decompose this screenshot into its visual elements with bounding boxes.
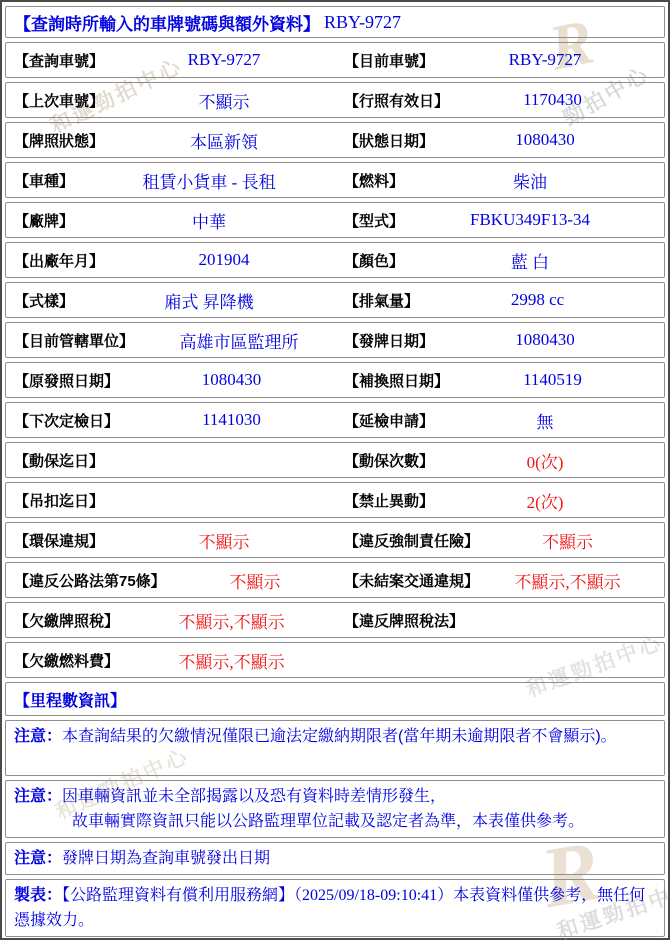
field-label: 【欠繳燃料費】 — [14, 650, 119, 671]
field-label: 【燃料】 — [344, 170, 404, 191]
table-row: 【下次定檢日】1141030【延檢申請】無 — [5, 402, 665, 438]
table-row: 【廠牌】中華【型式】FBKU349F13-34 — [5, 202, 665, 238]
table-row: 【上次車號】不顯示【行照有效日】1170430 — [5, 82, 665, 118]
row-right-pair: 【行照有效日】1170430 — [344, 90, 656, 111]
field-label: 【車種】 — [14, 170, 74, 191]
field-value: 不顯示,不顯示 — [119, 608, 344, 633]
row-right-pair: 【目前車號】RBY-9727 — [344, 50, 656, 71]
row-right-pair: 【顏色】藍 白 — [344, 248, 656, 273]
table-row: 【環保違規】不顯示【違反強制責任險】不顯示 — [5, 522, 665, 558]
field-value: 無 — [434, 408, 656, 433]
note-text: 因車輛資訊並未全部揭露以及恐有資料時差情形發生， — [62, 788, 446, 805]
field-value: 1140519 — [449, 370, 656, 390]
field-value: 租賃小貨車 - 長租 — [74, 168, 344, 193]
field-label: 【動保次數】 — [344, 450, 434, 471]
field-label: 【目前車號】 — [344, 50, 434, 71]
footer-prefix: 製表： — [14, 887, 62, 904]
row-left-pair: 【原發照日期】1080430 — [14, 370, 344, 391]
table-row: 【動保迄日】【動保次數】0(次) — [5, 442, 665, 478]
report-title-row: 【查詢時所輸入的車牌號碼與額外資料】 RBY-9727 — [5, 6, 665, 38]
row-right-pair: 【發牌日期】1080430 — [344, 330, 656, 351]
field-value: 柴油 — [404, 168, 656, 193]
field-label: 【環保違規】 — [14, 530, 104, 551]
table-row: 【查詢車號】RBY-9727【目前車號】RBY-9727 — [5, 42, 665, 78]
footer-produced-by: 製表：【公路監理資料有償利用服務網】（2025/09/18-09:10:41）本… — [5, 879, 665, 937]
row-left-pair: 【廠牌】中華 — [14, 208, 344, 233]
table-row: 【目前管轄單位】高雄市區監理所【發牌日期】1080430 — [5, 322, 665, 358]
field-label: 【動保迄日】 — [14, 450, 104, 471]
table-row: 【式樣】廂式 昇降機【排氣量】2998 cc — [5, 282, 665, 318]
row-right-pair: 【排氣量】2998 cc — [344, 290, 656, 311]
note-prefix: 注意： — [14, 788, 62, 805]
table-row: 【違反公路法第75條】不顯示【未結案交通違規】不顯示,不顯示 — [5, 562, 665, 598]
row-left-pair: 【上次車號】不顯示 — [14, 88, 344, 113]
field-label: 【延檢申請】 — [344, 410, 434, 431]
field-label: 【違反公路法第75條】 — [14, 570, 166, 591]
table-row: 【車種】租賃小貨車 - 長租【燃料】柴油 — [5, 162, 665, 198]
field-label: 【補換照日期】 — [344, 370, 449, 391]
field-label: 【牌照狀態】 — [14, 130, 104, 151]
note-plate-issue-date: 注意：發牌日期為查詢車號發出日期 — [5, 842, 665, 875]
field-value: FBKU349F13-34 — [404, 210, 656, 230]
vehicle-query-report: 和運勁拍中心 R 勁拍中心 和運勁拍中心 和運勁拍中心 R 和運勁拍中心 【查詢… — [0, 0, 670, 940]
row-right-pair: 【違反強制責任險】不顯示 — [344, 528, 656, 553]
row-right-pair: 【禁止異動】2(次) — [344, 488, 656, 513]
field-label: 【禁止異動】 — [344, 490, 434, 511]
field-value: 不顯示 — [104, 88, 344, 113]
field-value: 不顯示,不顯示 — [479, 568, 656, 593]
table-row: 【原發照日期】1080430【補換照日期】1140519 — [5, 362, 665, 398]
table-row: 【欠繳燃料費】不顯示,不顯示 — [5, 642, 665, 678]
row-left-pair: 【牌照狀態】本區新領 — [14, 128, 344, 153]
field-value: 不顯示 — [104, 528, 344, 553]
field-label: 【出廠年月】 — [14, 250, 104, 271]
field-value: 1080430 — [434, 330, 656, 350]
field-value: 不顯示 — [479, 528, 656, 553]
field-value: 1170430 — [449, 90, 656, 110]
field-label: 【式樣】 — [14, 290, 74, 311]
field-label: 【違反牌照稅法】 — [344, 610, 464, 631]
mileage-section-row: 【里程數資訊】 — [5, 682, 665, 716]
note-prefix: 注意： — [14, 850, 62, 867]
table-row: 【出廠年月】201904【顏色】藍 白 — [5, 242, 665, 278]
field-value: RBY-9727 — [434, 50, 656, 70]
rows-container: 【查詢車號】RBY-9727【目前車號】RBY-9727【上次車號】不顯示【行照… — [5, 42, 665, 678]
field-value: RBY-9727 — [104, 50, 344, 70]
row-left-pair: 【出廠年月】201904 — [14, 250, 344, 271]
field-label: 【廠牌】 — [14, 210, 74, 231]
field-value: 1080430 — [434, 130, 656, 150]
queried-plate-number: RBY-9727 — [324, 12, 401, 33]
footer-source: 【公路監理資料有償利用服務網】 — [62, 887, 294, 904]
mileage-section-label: 【里程數資訊】 — [14, 688, 126, 711]
field-label: 【上次車號】 — [14, 90, 104, 111]
field-label: 【型式】 — [344, 210, 404, 231]
note-text: 本查詢結果的欠繳情況僅限已逾法定繳納期限者(當年期未逾期限者不會顯示)。 — [62, 728, 617, 745]
field-value: 201904 — [104, 250, 344, 270]
report-title-label: 【查詢時所輸入的車牌號碼與額外資料】 — [14, 10, 320, 35]
table-row: 【吊扣迄日】【禁止異動】2(次) — [5, 482, 665, 518]
field-value: 藍 白 — [404, 248, 656, 273]
row-left-pair: 【車種】租賃小貨車 - 長租 — [14, 168, 344, 193]
field-value: 高雄市區監理所 — [134, 328, 344, 353]
field-label: 【行照有效日】 — [344, 90, 449, 111]
note-overdue-payment: 注意：本查詢結果的欠繳情況僅限已逾法定繳納期限者(當年期未逾期限者不會顯示)。 — [5, 720, 665, 776]
row-left-pair: 【環保違規】不顯示 — [14, 528, 344, 553]
field-label: 【發牌日期】 — [344, 330, 434, 351]
row-right-pair: 【狀態日期】1080430 — [344, 130, 656, 151]
field-label: 【目前管轄單位】 — [14, 330, 134, 351]
table-row: 【欠繳牌照稅】不顯示,不顯示【違反牌照稅法】 — [5, 602, 665, 638]
field-value: 中華 — [74, 208, 344, 233]
field-value: 不顯示 — [166, 568, 344, 593]
field-value: 0(次) — [434, 448, 656, 473]
field-label: 【狀態日期】 — [344, 130, 434, 151]
row-left-pair: 【式樣】廂式 昇降機 — [14, 288, 344, 313]
row-right-pair: 【燃料】柴油 — [344, 168, 656, 193]
row-right-pair: 【未結案交通違規】不顯示,不顯示 — [344, 568, 656, 593]
field-label: 【顏色】 — [344, 250, 404, 271]
field-label: 【違反強制責任險】 — [344, 530, 479, 551]
row-right-pair: 【延檢申請】無 — [344, 408, 656, 433]
field-label: 【查詢車號】 — [14, 50, 104, 71]
row-left-pair: 【下次定檢日】1141030 — [14, 410, 344, 431]
table-row: 【牌照狀態】本區新領【狀態日期】1080430 — [5, 122, 665, 158]
row-left-pair: 【違反公路法第75條】不顯示 — [14, 568, 344, 593]
row-left-pair: 【動保迄日】 — [14, 450, 344, 471]
field-value: 1080430 — [119, 370, 344, 390]
row-right-pair: 【型式】FBKU349F13-34 — [344, 210, 656, 231]
row-left-pair: 【欠繳牌照稅】不顯示,不顯示 — [14, 608, 344, 633]
field-value: 1141030 — [119, 410, 344, 430]
field-label: 【欠繳牌照稅】 — [14, 610, 119, 631]
field-value: 本區新領 — [104, 128, 344, 153]
row-left-pair: 【查詢車號】RBY-9727 — [14, 50, 344, 71]
field-label: 【未結案交通違規】 — [344, 570, 479, 591]
field-label: 【下次定檢日】 — [14, 410, 119, 431]
row-right-pair: 【違反牌照稅法】 — [344, 610, 656, 631]
field-label: 【排氣量】 — [344, 290, 419, 311]
row-right-pair: 【動保次數】0(次) — [344, 448, 656, 473]
row-left-pair: 【吊扣迄日】 — [14, 490, 344, 511]
row-left-pair: 【欠繳燃料費】不顯示,不顯示 — [14, 648, 344, 673]
note-data-accuracy: 注意：因車輛資訊並未全部揭露以及恐有資料時差情形發生， 故車輛實際資訊只能以公路… — [5, 780, 665, 838]
field-value: 廂式 昇降機 — [74, 288, 344, 313]
field-label: 【吊扣迄日】 — [14, 490, 104, 511]
field-value: 2998 cc — [419, 290, 656, 310]
note-prefix: 注意： — [14, 728, 62, 745]
field-label: 【原發照日期】 — [14, 370, 119, 391]
field-value: 2(次) — [434, 488, 656, 513]
row-right-pair: 【補換照日期】1140519 — [344, 370, 656, 391]
note-text: 發牌日期為查詢車號發出日期 — [62, 850, 270, 867]
footer-timestamp: （2025/09/18-09:10:41） — [294, 887, 453, 904]
field-value: 不顯示,不顯示 — [119, 648, 344, 673]
note-text-line2: 故車輛實際資訊只能以公路監理單位記載及認定者為準，本表僅供參考。 — [14, 809, 656, 834]
row-left-pair: 【目前管轄單位】高雄市區監理所 — [14, 328, 344, 353]
